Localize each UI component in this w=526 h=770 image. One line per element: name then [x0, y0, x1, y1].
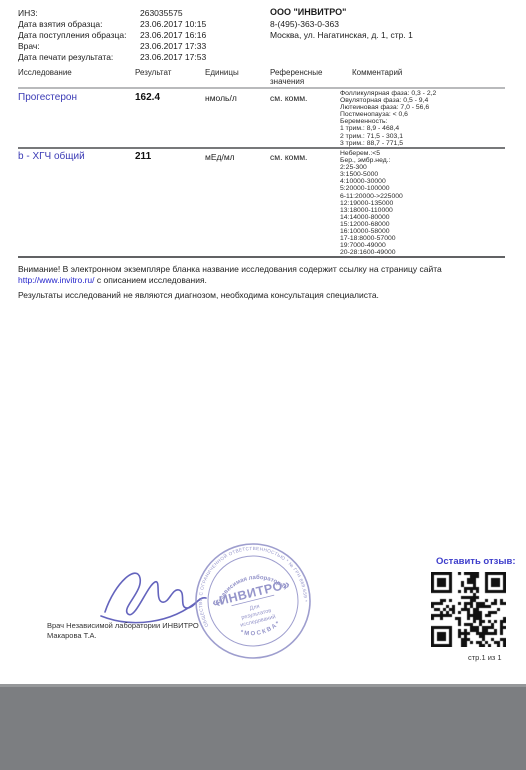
sample-taken-value: 23.06.2017 10:15	[140, 19, 206, 30]
doctor-title: Врач Независимой лаборатории ИНВИТРО	[47, 621, 199, 631]
attention-note: Внимание! В электронном экземпляре бланк…	[18, 264, 510, 286]
table-bottom-divider	[18, 256, 505, 258]
inz-label: ИНЗ:	[18, 8, 38, 19]
col-comment: Комментарий	[352, 68, 402, 77]
col-result: Результат	[135, 68, 171, 77]
test-name: Прогестерон	[18, 92, 77, 103]
disclaimer-note: Результаты исследований не являются диаг…	[18, 290, 510, 301]
test-comments: Неберем.:<5Бер., эмбр.нед.:2:25-3003:150…	[340, 150, 510, 256]
doctor-label: Врач:	[18, 41, 40, 52]
feedback-label: Оставить отзыв:	[436, 556, 515, 567]
lab-report-page: ИНЗ: 263035575 Дата взятия образца: 23.0…	[0, 0, 526, 684]
doctor-name: Макарова Т.А.	[47, 631, 97, 641]
test-result: 162.4	[135, 92, 160, 103]
test-reference: см. комм.	[270, 152, 307, 162]
org-phone: 8-(495)-363-0-363	[270, 19, 339, 30]
stamp-outer-ring-circle	[184, 532, 322, 670]
test-reference: см. комм.	[270, 93, 307, 103]
qr-code	[431, 572, 506, 647]
sample-taken-label: Дата взятия образца:	[18, 19, 103, 30]
sample-received-value: 23.06.2017 16:16	[140, 30, 206, 41]
test-units: мЕд/мл	[205, 152, 235, 162]
row-divider	[18, 147, 505, 149]
col-test: Исследование	[18, 68, 72, 77]
col-reference: Референсные значения	[270, 68, 332, 86]
test-comments: Фолликулярная фаза: 0,3 - 2,2Овуляторная…	[340, 90, 510, 147]
print-date-label: Дата печати результата:	[18, 52, 113, 63]
viewer-background	[0, 687, 526, 770]
invitro-stamp: ОБЩЕСТВО С ОГРАНИЧЕННОЙ ОТВЕТСТВЕННОСТЬЮ…	[180, 528, 325, 673]
attention-text-before: Внимание! В электронном экземпляре бланк…	[18, 264, 442, 274]
header-divider	[18, 87, 505, 89]
test-name: b - ХГЧ общий	[18, 151, 85, 162]
org-name: ООО "ИНВИТРО"	[270, 7, 346, 18]
doctor-value: 23.06.2017 17:33	[140, 41, 206, 52]
org-address: Москва, ул. Нагатинская, д. 1, стр. 1	[270, 30, 413, 41]
test-result: 211	[135, 151, 151, 162]
page-indicator: стр.1 из 1	[468, 653, 502, 662]
print-date-value: 23.06.2017 17:53	[140, 52, 206, 63]
sample-received-label: Дата поступления образца:	[18, 30, 127, 41]
inz-value: 263035575	[140, 8, 183, 19]
invitro-link[interactable]: http://www.invitro.ru/	[18, 275, 95, 285]
test-units: нмоль/л	[205, 93, 237, 103]
col-units: Единицы	[205, 68, 239, 77]
attention-text-after: с описанием исследования.	[95, 275, 207, 285]
